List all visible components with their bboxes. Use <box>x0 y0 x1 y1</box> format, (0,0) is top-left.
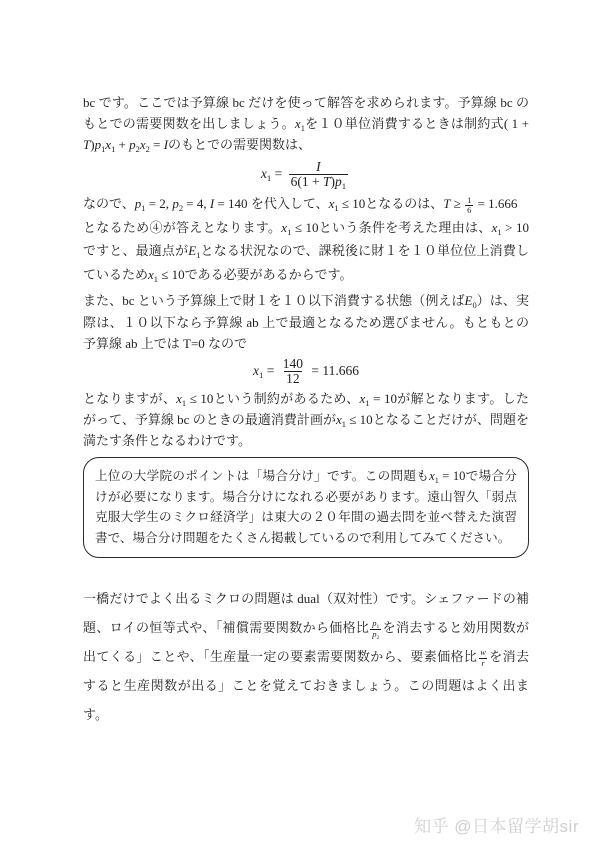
text-run: という制約があるため、 <box>213 391 359 406</box>
math-variable: x2 <box>140 137 150 152</box>
paragraph-constraint-conclusion: となりますが、x1 ≤ 10という制約があるため、x1 = 10が解となります。… <box>83 388 529 451</box>
highlight-box: 上位の大学院のポイントは「場合分け」です。この問題もx1 = 10で場合分けが必… <box>83 457 529 558</box>
math-variable: I <box>316 159 321 174</box>
math-variable: x1 <box>429 469 439 483</box>
watermark: 知乎 @日本留学胡sir <box>414 812 579 837</box>
math-variable: p1 <box>135 196 146 211</box>
text-run: 上位の大学院のポイントは「場合分け」です。この問題も <box>95 469 429 483</box>
math-run: ≤ 10 <box>291 220 318 235</box>
paragraph-gradschool-tip: 上位の大学院のポイントは「場合分け」です。この問題もx1 = 10で場合分けが必… <box>95 466 517 548</box>
math-run: = 10 <box>370 391 397 406</box>
math-run: = <box>150 137 164 152</box>
math-run: 6 <box>467 205 471 215</box>
math-variable: x1 <box>336 412 346 427</box>
math-run: = 1.666 <box>474 196 517 211</box>
math-run: ≤ 10 <box>186 391 213 406</box>
math-run: > 10 <box>502 220 529 235</box>
text-run: を代入して、 <box>248 196 329 211</box>
paragraph-bc-consumption-state: また、bc という予算線上で財１を１０以下消費する状態（例えばE0）は、実際は、… <box>83 290 529 355</box>
math-variable: w <box>480 647 486 657</box>
math-variable: p2 <box>372 629 379 639</box>
math-run: 140 <box>283 356 303 371</box>
text-run: ですと、最適点が <box>83 243 188 258</box>
math-variable: E0 <box>465 293 477 308</box>
math-run: + <box>115 137 129 152</box>
math-variable: x1 <box>176 391 186 406</box>
text-run: となりますが、 <box>83 391 176 406</box>
math-run: = <box>263 363 277 378</box>
math-variable: x1 <box>281 220 291 235</box>
math-fraction: wr <box>478 648 488 668</box>
math-variable: p1 <box>372 618 379 628</box>
math-variable: p1 <box>95 137 106 152</box>
math-run: ) <box>90 137 94 152</box>
math-run: 12 <box>286 371 300 386</box>
math-run: ≤ 10 <box>346 412 373 427</box>
math-run: = 140 <box>214 196 247 211</box>
paragraph-substitution-answer4: なので、p1 = 2, p2 = 4, I = 140 を代入して、x1 ≤ 1… <box>83 192 529 286</box>
math-fraction: 14012 <box>281 357 305 386</box>
math-variable: E1 <box>188 243 200 258</box>
math-fraction: p1p2 <box>370 619 381 639</box>
formula-demand-function: x1 = I6(1 + T)p1 <box>83 160 529 189</box>
math-run: ≤ 10 <box>158 267 185 282</box>
math-variable: x1 <box>148 267 158 282</box>
math-run: ( 1 + <box>504 116 529 131</box>
math-variable: p1 <box>335 174 346 189</box>
math-variable: x1 <box>261 166 271 181</box>
text-run: また、bc という予算線上で財１を１０以下消費する状態（例えば <box>83 293 465 308</box>
math-variable: p2 <box>172 196 183 211</box>
paragraph-dual-hitotsubashi: 一橋だけでよく出るミクロの問題は dual（双対性）です。シェファードの補題、ロ… <box>83 584 529 729</box>
math-run: = <box>271 166 285 181</box>
math-run: = 2, <box>145 196 172 211</box>
math-variable: x1 <box>492 220 502 235</box>
math-run: 1 <box>467 195 471 205</box>
math-variable: r <box>481 658 484 668</box>
text-run: を１０単位消費するときは制約式 <box>305 116 504 131</box>
math-variable: x1 <box>253 363 263 378</box>
math-run: ≥ <box>450 196 464 211</box>
formula-x1-solution: x1 = 14012 = 11.666 <box>83 357 529 386</box>
math-run: = 10 <box>439 469 466 483</box>
text-run: である必要があるからです。 <box>185 267 353 282</box>
math-run: = 4, <box>183 196 210 211</box>
math-variable: x1 <box>360 391 370 406</box>
text-run: という条件を考えた理由は、 <box>319 220 492 235</box>
paragraph-budget-line-bc: bc です。ここでは予算線 bc だけを使って解答を求められます。予算線 bc … <box>83 92 529 155</box>
text-run: のもとでの需要関数は、 <box>168 137 311 152</box>
math-variable: p2 <box>129 137 140 152</box>
math-run: 6(1 + <box>291 174 323 189</box>
math-fraction: I6(1 + T)p1 <box>289 160 349 189</box>
document-page: bc です。ここでは予算線 bc だけを使って解答を求められます。予算線 bc … <box>0 0 600 849</box>
math-run: ≤ 10 <box>339 196 366 211</box>
math-variable: x1 <box>295 116 305 131</box>
math-variable: T <box>323 174 331 189</box>
document-content: bc です。ここでは予算線 bc だけを使って解答を求められます。予算線 bc … <box>83 92 529 729</box>
math-fraction: 16 <box>465 196 473 216</box>
text-run: なので、 <box>83 196 135 211</box>
math-variable: x1 <box>329 196 339 211</box>
text-run: となるのは、 <box>365 196 443 211</box>
math-run: = 11.666 <box>308 363 359 378</box>
math-variable: x1 <box>105 137 115 152</box>
